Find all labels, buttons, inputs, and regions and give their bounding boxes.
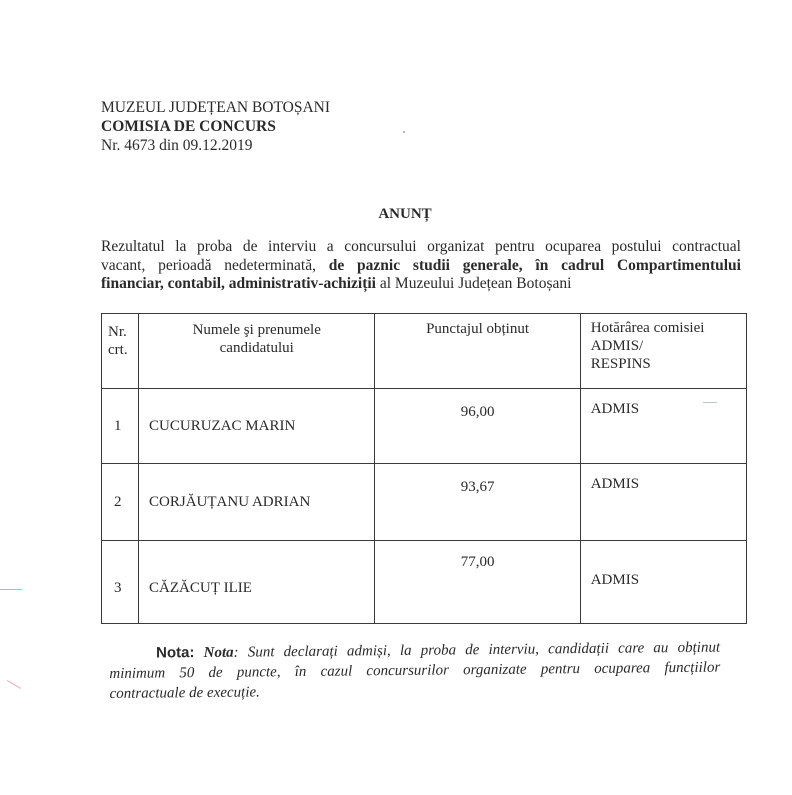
header-score: Punctajul obținut	[375, 314, 580, 389]
header-name-line2: candidatului	[139, 339, 374, 357]
intro-line-2-plain: vacant, perioadă nedeterminată,	[101, 257, 329, 274]
intro-line-3-plain: al Muzeului Județean Botoșani	[376, 275, 571, 292]
institution-name: MUZEUL JUDEȚEAN BOTOȘANI	[101, 98, 330, 117]
cell-nr: 3	[102, 541, 139, 624]
cell-score: 77,00	[375, 541, 580, 624]
header-nr-line2: crt.	[108, 341, 138, 359]
header-decision: Hotărârea comisiei ADMIS/ RESPINS	[580, 314, 746, 389]
intro-paragraph: Rezultatul la proba de interviu a concur…	[101, 238, 741, 294]
scan-artifact-mark	[7, 680, 21, 689]
header-nr-line1: Nr.	[108, 323, 138, 341]
results-table: Nr. crt. Numele şi prenumele candidatulu…	[101, 313, 747, 624]
intro-line-3: financiar, contabil, administrativ-achiz…	[101, 275, 741, 294]
cell-decision: ADMIS	[580, 389, 746, 464]
header-name-line1: Numele şi prenumele	[139, 321, 374, 339]
announcement-title: ANUNȚ	[0, 206, 792, 223]
intro-line-2-bold: de paznic studii generale, în cadrul Com…	[329, 257, 741, 274]
scan-artifact-dot	[403, 131, 405, 133]
table-row: 3 CĂZĂCUȚ ILIE 77,00 ADMIS	[102, 541, 747, 624]
cell-name: CORJĂUȚANU ADRIAN	[139, 464, 375, 541]
commission-name: COMISIA DE CONCURS	[101, 117, 330, 136]
cell-decision: ADMIS	[580, 464, 746, 541]
cell-score: 96,00	[375, 389, 580, 464]
cell-name: CĂZĂCUȚ ILIE	[139, 541, 375, 624]
table-header-row: Nr. crt. Numele şi prenumele candidatulu…	[102, 314, 747, 389]
intro-line-3-bold: financiar, contabil, administrativ-achiz…	[101, 275, 376, 292]
cell-decision: ADMIS	[580, 541, 746, 624]
header-decision-line3: RESPINS	[591, 355, 746, 373]
note-label-bold: Nota:	[109, 644, 195, 662]
header-decision-line1: Hotărârea comisiei	[591, 319, 746, 337]
reference-number: Nr. 4673 din 09.12.2019	[101, 136, 330, 155]
table-row: 2 CORJĂUȚANU ADRIAN 93,67 ADMIS	[102, 464, 747, 541]
note-paragraph: Nota: Nota: Sunt declarați admiși, la pr…	[109, 638, 721, 704]
cell-name: CUCURUZAC MARIN	[139, 389, 375, 464]
table-row: 1 CUCURUZAC MARIN 96,00 ADMIS	[102, 389, 747, 464]
intro-line-2: vacant, perioadă nedeterminată, de pazni…	[101, 257, 741, 276]
intro-line-1: Rezultatul la proba de interviu a concur…	[101, 238, 741, 257]
header-nr: Nr. crt.	[102, 314, 139, 389]
cell-nr: 2	[102, 464, 139, 541]
header-decision-line2: ADMIS/	[591, 337, 746, 355]
note-label-italic: Nota	[204, 645, 234, 661]
header-name: Numele şi prenumele candidatului	[139, 314, 375, 389]
header-score-label: Punctajul obținut	[375, 320, 579, 338]
scan-artifact-mark	[703, 402, 717, 403]
document-header: MUZEUL JUDEȚEAN BOTOȘANI COMISIA DE CONC…	[101, 98, 330, 155]
scan-artifact-mark	[0, 589, 22, 590]
cell-score: 93,67	[375, 464, 580, 541]
cell-nr: 1	[102, 389, 139, 464]
